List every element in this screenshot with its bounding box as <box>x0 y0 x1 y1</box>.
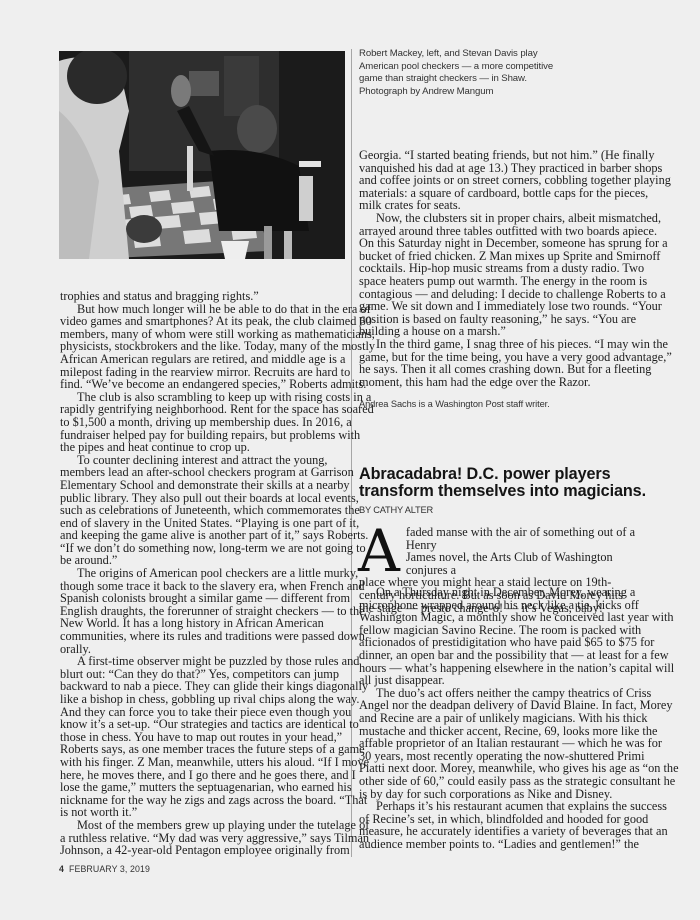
text-line: measure, he accurately identifies a vari… <box>359 825 652 838</box>
text-line: to $1,500 a month, driving up membership… <box>60 416 347 429</box>
text-line: and Recine are a pair of unlikely magici… <box>359 712 652 725</box>
byline: BY CATHY ALTER <box>359 505 433 515</box>
author-bio: Andrea Sachs is a Washington Post staff … <box>359 399 550 409</box>
text-line: affable proprietor of an Italian restaur… <box>359 737 652 750</box>
text-line: game. We sit down and I immediately lose… <box>359 300 652 313</box>
text-line: such as celebrations of Juneteenth, whic… <box>60 504 347 517</box>
issue-date: FEBRUARY 3, 2019 <box>69 864 150 874</box>
text-line: and coffee joints or on street corners, … <box>359 174 652 187</box>
text-line: Georgia. “I started beating friends, but… <box>359 149 652 162</box>
text-line: Perhaps it’s his restaurant acumen that … <box>359 800 652 813</box>
photo-credit: Photograph by Andrew Mangum <box>359 86 619 99</box>
text-line: and keeping the game alive is another pa… <box>60 529 347 542</box>
checkers-photo <box>59 51 345 259</box>
text-line: Johnson, a 42-year-old Pentagon employee… <box>60 844 347 857</box>
page-footer: 4FEBRUARY 3, 2019 <box>59 864 150 874</box>
photo-caption: Robert Mackey, left, and Stevan Davis pl… <box>359 48 619 98</box>
text-line: Now, the clubsters sit in proper chairs,… <box>359 212 652 225</box>
column-divider <box>351 49 352 857</box>
text-line: Washington Magic, a monthly show he conc… <box>359 611 652 624</box>
text-line: African American regulars are retired, a… <box>60 353 347 366</box>
text-line: Elementary School and demonstrate their … <box>60 479 347 492</box>
text-line: trophies and status and bragging rights.… <box>60 290 347 303</box>
caption-line: American pool checkers — a more competit… <box>359 61 619 74</box>
article-left-column: trophies and status and bragging rights.… <box>60 290 347 857</box>
article-right-column: Georgia. “I started beating friends, but… <box>359 149 652 388</box>
caption-line: game than straight checkers — in Shaw. <box>359 73 619 86</box>
article2-body: On a Thursday night in December, Morey, … <box>359 586 652 850</box>
caption-line: Robert Mackey, left, and Stevan Davis pl… <box>359 48 619 61</box>
text-line: On a Thursday night in December, Morey, … <box>359 586 652 599</box>
text-line: On this Saturday night in December, some… <box>359 237 652 250</box>
text-line: he says. Then it all comes crashing down… <box>359 363 652 376</box>
headline-line: Abracadabra! D.C. power players <box>359 466 659 483</box>
headline-line: transform themselves into magicians. <box>359 483 659 500</box>
page-number: 4 <box>59 864 64 874</box>
text-line: communities, where its rules and traditi… <box>60 630 347 643</box>
text-line: Spanish colonists brought a similar game… <box>60 592 347 605</box>
text-line: find. “We’ve become an endangered specie… <box>60 378 347 391</box>
text-line: the pipes and heat continue to crop up. <box>60 441 347 454</box>
text-line: audience member points to. “Ladies and g… <box>359 838 652 851</box>
text-line: space heaters pump out warmth. The energ… <box>359 275 652 288</box>
text-line: like a bishop in chess, gobbling up riva… <box>60 693 347 706</box>
magazine-page: Robert Mackey, left, and Stevan Davis pl… <box>0 0 700 920</box>
text-line: know it’s a set-up. “Our strategies and … <box>60 718 347 731</box>
text-line: A first-time observer might be puzzled b… <box>60 655 347 668</box>
text-line: all just disappear. <box>359 674 652 687</box>
lede-line: James novel, the Arts Club of Washington… <box>359 551 652 576</box>
text-line: video games and smartphones? At its peak… <box>60 315 347 328</box>
photo-image <box>59 51 345 259</box>
text-line: The origins of American pool checkers ar… <box>60 567 347 580</box>
text-line: other side of 60,” could easily pass as … <box>359 775 652 788</box>
text-line: with his finger. Z Man, meanwhile, utter… <box>60 756 347 769</box>
text-line: dinner, an open bar and the possibility … <box>359 649 652 662</box>
text-line: In the third game, I snag three of his p… <box>359 338 652 351</box>
text-line: lose the game,” mutters the septuagenari… <box>60 781 347 794</box>
drop-cap: A <box>358 528 400 576</box>
lede-line: faded manse with the air of something ou… <box>359 526 652 551</box>
text-line: Most of the members grew up playing unde… <box>60 819 347 832</box>
text-line: moment, this ham had the edge over the R… <box>359 376 652 389</box>
article-headline: Abracadabra! D.C. power players transfor… <box>359 466 659 500</box>
